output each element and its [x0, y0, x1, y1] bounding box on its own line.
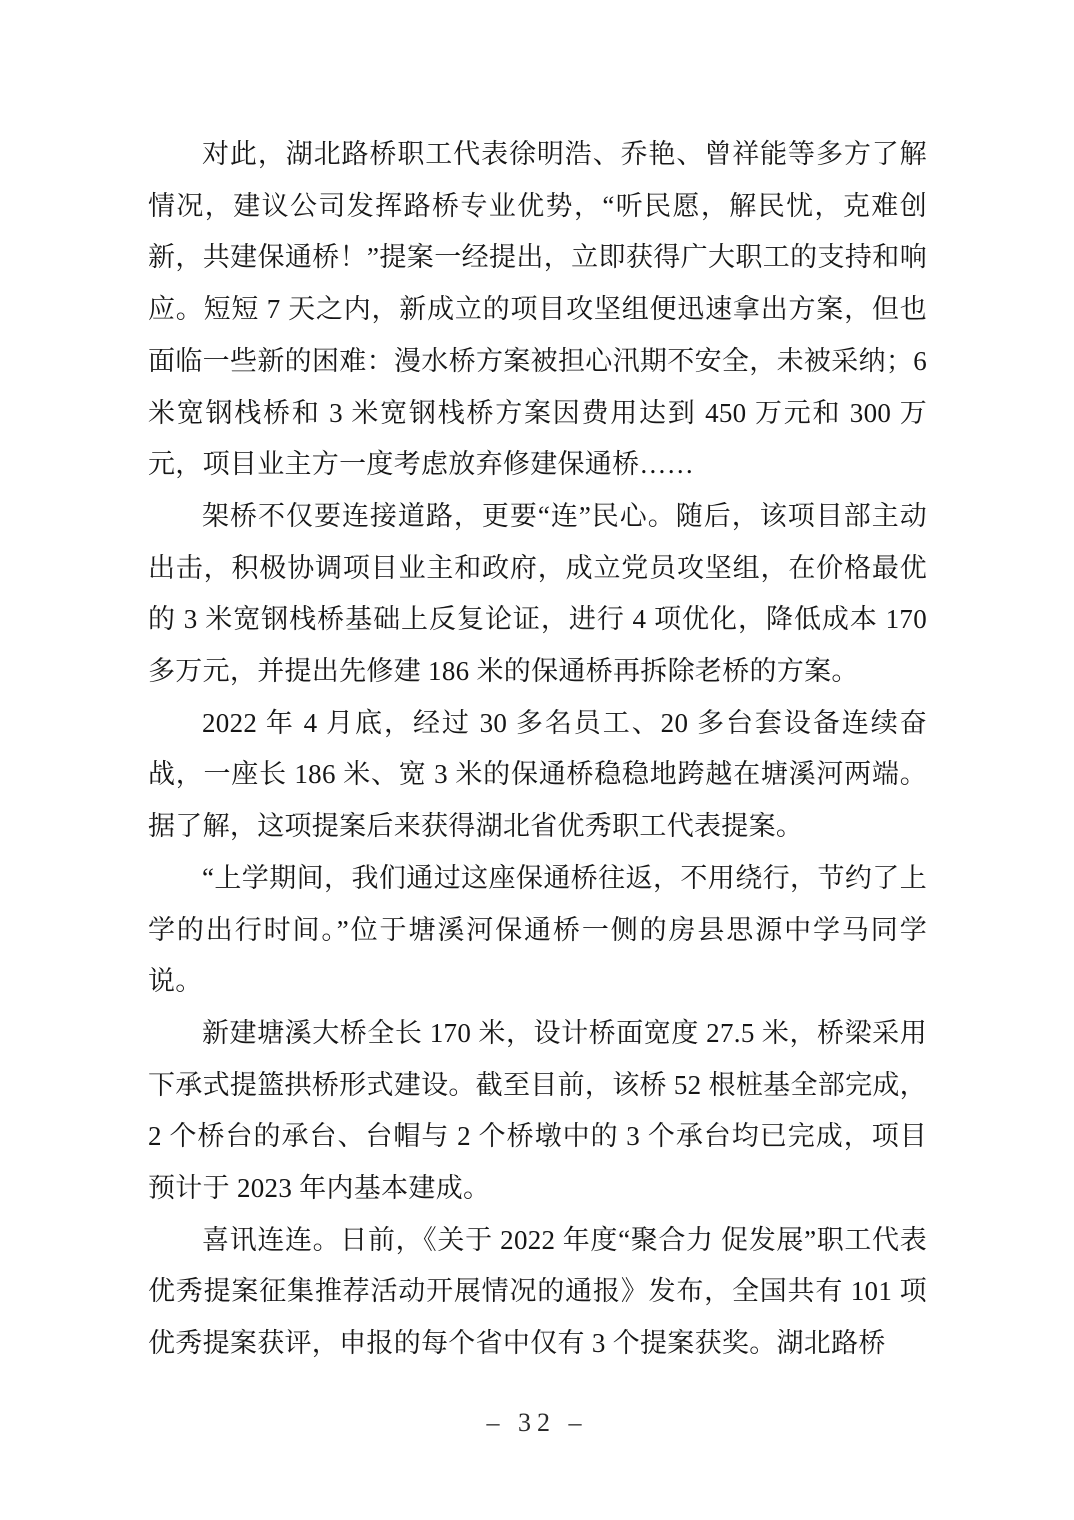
document-body: 对此，湖北路桥职工代表徐明浩、乔艳、曾祥能等多方了解情况，建议公司发挥路桥专业优…	[148, 129, 927, 1370]
paragraph-6: 喜讯连连。日前，《关于 2022 年度“聚合力 促发展”职工代表优秀提案征集推荐…	[148, 1215, 927, 1370]
paragraph-2: 架桥不仅要连接道路，更要“连”民心。随后，该项目部主动出击，积极协调项目业主和政…	[148, 491, 927, 698]
paragraph-3: 2022 年 4 月底，经过 30 多名员工、20 多台套设备连续奋战，一座长 …	[148, 698, 927, 853]
paragraph-4: “上学期间，我们通过这座保通桥往返，不用绕行，节约了上学的出行时间。”位于塘溪河…	[148, 853, 927, 1008]
document-page: 对此，湖北路桥职工代表徐明浩、乔艳、曾祥能等多方了解情况，建议公司发挥路桥专业优…	[0, 0, 1074, 1520]
paragraph-5: 新建塘溪大桥全长 170 米，设计桥面宽度 27.5 米，桥梁采用下承式提篮拱桥…	[148, 1008, 927, 1215]
paragraph-1: 对此，湖北路桥职工代表徐明浩、乔艳、曾祥能等多方了解情况，建议公司发挥路桥专业优…	[148, 129, 927, 491]
page-number: – 32 –	[0, 1406, 1074, 1440]
